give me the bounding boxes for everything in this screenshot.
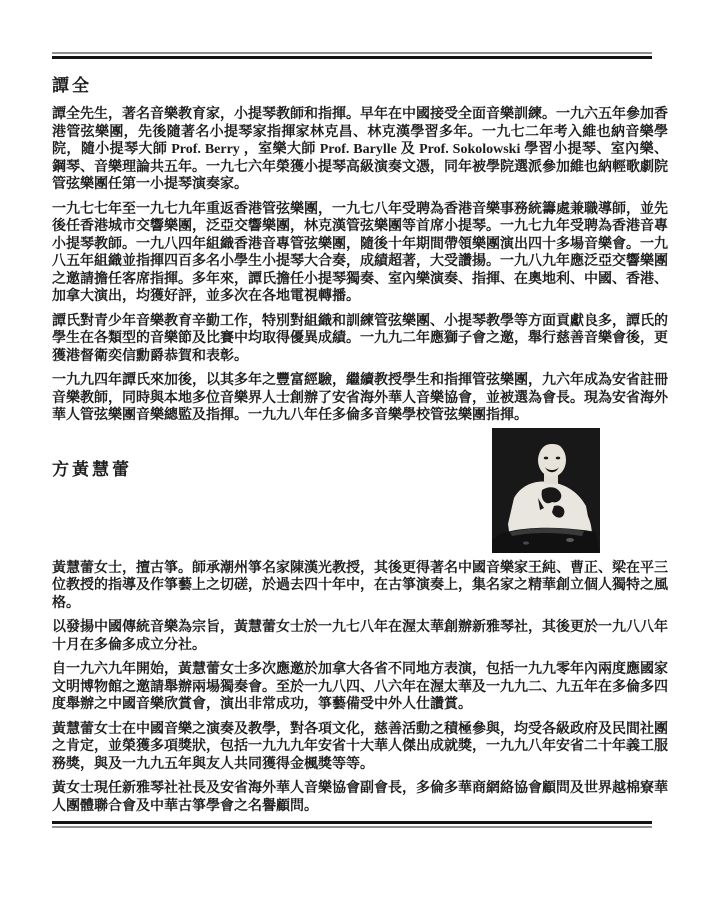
document-page: 譚全 譚全先生，著名音樂教育家，小提琴教師和指揮。早年在中國接受全面音樂訓練。一… (0, 0, 720, 906)
paragraph-tan-3: 譚氏對青少年音樂教育辛勤工作，特別對組織和訓練管弦樂團、小提琴教學等方面貢獻良多… (52, 313, 668, 366)
paragraph-wong-4: 黃慧蕾女士在中國音樂之演奏及教學，對各項文化，慈善活動之積極參與，均受各級政府及… (52, 721, 668, 774)
paragraph-tan-2: 一九七七年至一九七九年重返香港管弦樂團，一九七八年受聘為香港音樂事務統籌處兼職導… (52, 201, 668, 306)
portrait-photo-image (492, 428, 600, 553)
paragraph-wong-1: 黃慧蕾女士，擅古箏。師承潮州箏名家陳漢光教授，其後更得著名中國音樂家王純、曹正、… (52, 560, 668, 613)
section-heading-tan-chuen: 譚全 (52, 75, 668, 97)
section-heading-fong-wong-wai-lui: 方黃慧蕾 (52, 459, 132, 481)
portrait-photo (492, 428, 600, 553)
bottom-divider (52, 821, 652, 828)
paragraph-tan-1: 譚全先生，著名音樂教育家，小提琴教師和指揮。早年在中國接受全面音樂訓練。一九六五… (52, 106, 668, 194)
section-two-header: 方黃慧蕾 (52, 425, 668, 551)
paragraph-tan-4: 一九九四年譚氏來加後，以其多年之豐富經驗，繼續教授學生和指揮管弦樂團，九六年成為… (52, 372, 668, 425)
top-divider (52, 52, 652, 59)
paragraph-wong-5: 黃女士現任新雅琴社社長及安省海外華人音樂協會副會長，多倫多華商網絡協會顧問及世界… (52, 780, 668, 815)
paragraph-wong-2: 以發揚中國傳統音樂為宗旨，黃慧蕾女士於一九七八年在渥太華創辦新雅琴社，其後更於一… (52, 619, 668, 654)
paragraph-wong-3: 自一九六九年開始，黃慧蕾女士多次應邀於加拿大各省不同地方表演，包括一九九零年內兩… (52, 661, 668, 714)
